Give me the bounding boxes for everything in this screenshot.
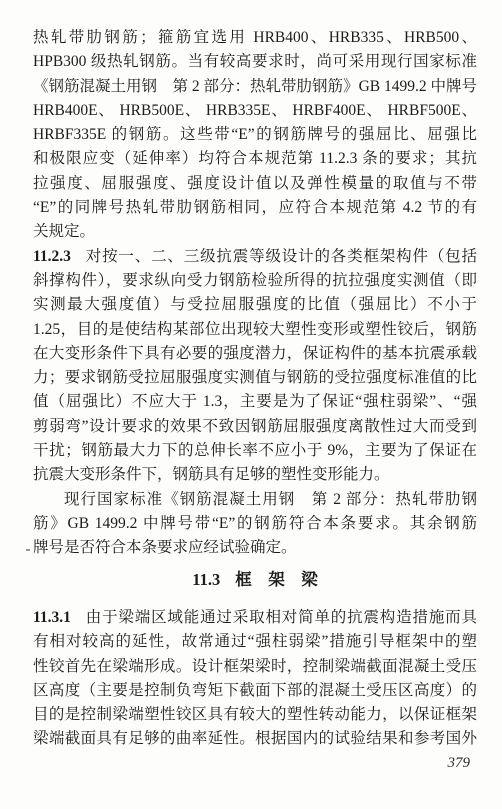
text-line: 区高度（主要是控制负弯矩下截面下部的混凝土受压区高度）的 <box>33 679 477 703</box>
text-line-clause-start: 11.3.1由于梁端区域能通过采取相对简单的抗震构造措施而具 <box>33 606 477 630</box>
text-line: 1.25，目的是使结构某部位出现较大塑性变形或塑性铰后，钢筋 <box>33 318 477 342</box>
section-title: 框 架 梁 <box>235 570 318 589</box>
text-line: 热轧带肋钢筋；箍筋宜选用 HRB400、HRB335、HRB500、 <box>33 26 477 50</box>
section-heading: 11.3框 架 梁 <box>33 567 477 593</box>
document-page: 热轧带肋钢筋；箍筋宜选用 HRB400、HRB335、HRB500、 HPB30… <box>0 0 502 809</box>
text-line: 在大变形条件下具有必要的强度潜力，保证构件的基本抗震承载 <box>33 342 477 366</box>
clause-text: 对按一、二、三级抗震等级设计的各类框架构件（包括 <box>85 248 477 265</box>
text-line: 《钢筋混凝土用钢 第 2 部分：热轧带肋钢筋》GB 1499.2 中牌号为 <box>33 75 477 99</box>
text-line: 力；要求钢筋受拉屈服强度实测值与钢筋的受拉强度标准值的比 <box>33 366 477 390</box>
text-line: 实测最大强度值）与受拉屈服强度的比值（强屈比）不小于 <box>33 293 477 317</box>
text-line: 有相对较高的延性，故常通过“强柱弱梁”措施引导框架中的塑 <box>33 630 477 654</box>
body-text-block-lower: 11.3.1由于梁端区域能通过采取相对简单的抗震构造措施而具 有相对较高的延性，… <box>33 606 477 752</box>
body-text-block-upper: 热轧带肋钢筋；箍筋宜选用 HRB400、HRB335、HRB500、 HPB30… <box>33 26 477 561</box>
text-line: 筋》GB 1499.2 中牌号带“E”的钢筋符合本条要求。其余钢筋 <box>33 512 477 536</box>
clause-number: 11.2.3 <box>33 248 71 265</box>
clause-text: 由于梁端区域能通过采取相对简单的抗震构造措施而具 <box>85 609 477 626</box>
text-line: HRB400E、 HRB500E、 HRB335E、 HRBF400E、 HRB… <box>33 99 477 123</box>
text-line: 抗震大变形条件下，钢筋具有足够的塑性变形能力。 <box>33 463 477 487</box>
scan-artifact-dot <box>26 549 30 551</box>
text-line: “E”的同牌号热轧带肋钢筋相同，应符合本规范第 4.2 节的有 <box>33 196 477 220</box>
text-line: 牌号是否符合本条要求应经试验确定。 <box>33 536 477 560</box>
text-line: 梁端截面具有足够的曲率延性。根据国内的试验结果和参考国外 <box>33 727 477 751</box>
section-number: 11.3 <box>192 570 220 589</box>
text-line: 现行国家标准《钢筋混凝土用钢 第 2 部分：热轧带肋钢 <box>33 488 477 512</box>
text-line: 和极限应变（延伸率）均符合本规范第 11.2.3 条的要求；其抗 <box>33 147 477 171</box>
text-line: 干扰；钢筋最大力下的总伸长率不应小于 9%，主要为了保证在 <box>33 439 477 463</box>
text-line: 斜撑构件），要求纵向受力钢筋检验所得的抗拉强度实测值（即 <box>33 269 477 293</box>
text-line: 值（屈强比）不应大于 1.3，主要是为了保证“强柱弱梁”、“强 <box>33 390 477 414</box>
text-line: 拉强度、屈服强度、强度设计值以及弹性模量的取值与不带 <box>33 172 477 196</box>
text-line: 关规定。 <box>33 220 477 244</box>
text-line: HPB300 级热轧钢筋。当有较高要求时，尚可采用现行国家标准 <box>33 50 477 74</box>
text-line: 目的是控制梁端塑性铰区具有较大的塑性转动能力，以保证框架 <box>33 703 477 727</box>
page-number: 379 <box>448 755 471 772</box>
text-line: 剪弱弯”设计要求的效果不致因钢筋屈服强度离散性过大而受到 <box>33 415 477 439</box>
text-line: 性铰首先在梁端形成。设计框架梁时，控制梁端截面混凝土受压 <box>33 655 477 679</box>
clause-number: 11.3.1 <box>33 609 71 626</box>
text-line-clause-start: 11.2.3对按一、二、三级抗震等级设计的各类框架构件（包括 <box>33 245 477 269</box>
text-line: HRBF335E 的钢筋。这些带“E”的钢筋牌号的强屈比、屈强比 <box>33 123 477 147</box>
